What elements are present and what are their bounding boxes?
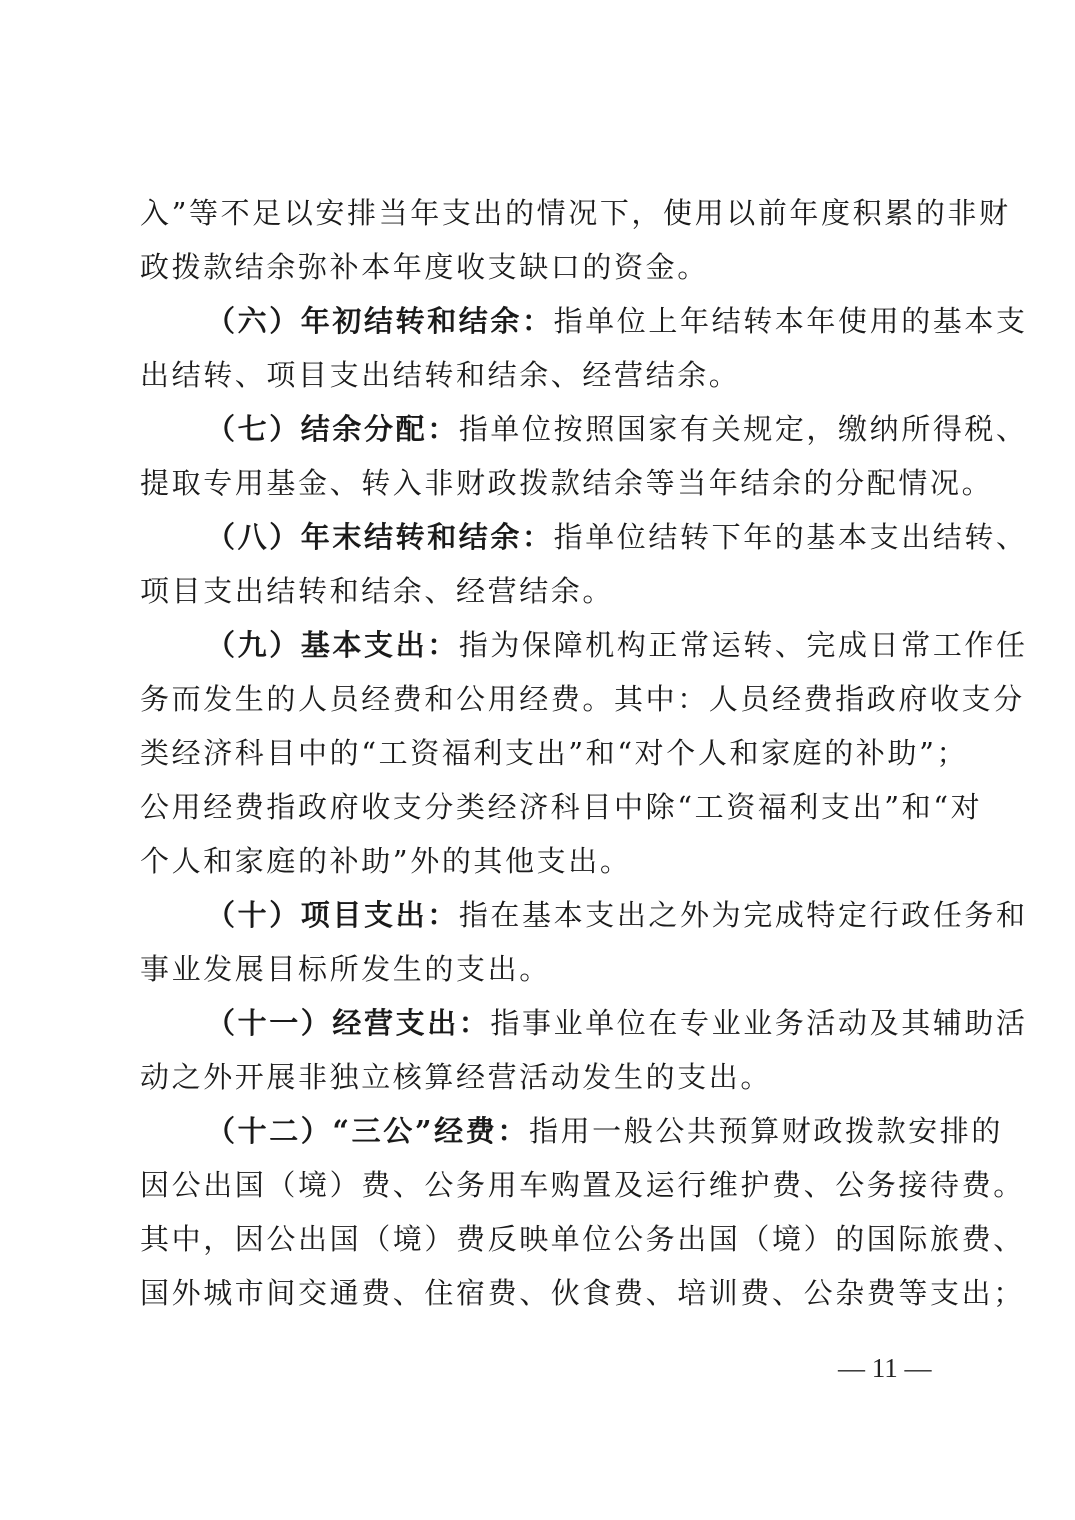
definition-text: 指为保障机构正常运转、完成日常工作任 <box>459 628 1028 662</box>
text-line: 提取专用基金、转入非财政拨款结余等当年结余的分配情况。 <box>140 456 940 510</box>
term-heading: （七）结余分配： <box>206 412 459 446</box>
definition-text: 指在基本支出之外为完成特定行政任务和 <box>459 898 1028 932</box>
text-line: （十一）经营支出：指事业单位在专业业务活动及其辅助活 <box>140 996 940 1050</box>
text-line: 动之外开展非独立核算经营活动发生的支出。 <box>140 1050 940 1104</box>
definition-text: 指单位结转下年的基本支出结转、 <box>554 520 1028 554</box>
text-line: （八）年末结转和结余：指单位结转下年的基本支出结转、 <box>140 510 940 564</box>
text-line: 务而发生的人员经费和公用经费。其中：人员经费指政府收支分 <box>140 672 940 726</box>
text-line: （十）项目支出：指在基本支出之外为完成特定行政任务和 <box>140 888 940 942</box>
paragraph-item-12: （十二）“三公”经费：指用一般公共预算财政拨款安排的 因公出国（境）费、公务用车… <box>140 1104 940 1320</box>
paragraph-item-6: （六）年初结转和结余：指单位上年结转本年使用的基本支 出结转、项目支出结转和结余… <box>140 294 940 402</box>
term-heading: （十）项目支出： <box>206 898 459 932</box>
text-line: 国外城市间交通费、住宿费、伙食费、培训费、公杂费等支出； <box>140 1266 940 1320</box>
text-line: （七）结余分配：指单位按照国家有关规定，缴纳所得税、 <box>140 402 940 456</box>
definition-text: 指用一般公共预算财政拨款安排的 <box>529 1114 1003 1148</box>
paragraph-item-9: （九）基本支出：指为保障机构正常运转、完成日常工作任 务而发生的人员经费和公用经… <box>140 618 940 888</box>
definition-text: 指单位上年结转本年使用的基本支 <box>554 304 1028 338</box>
page-number: — 11 — <box>838 1350 948 1386</box>
paragraph-item-10: （十）项目支出：指在基本支出之外为完成特定行政任务和 事业发展目标所发生的支出。 <box>140 888 940 996</box>
text-line: 项目支出结转和结余、经营结余。 <box>140 564 940 618</box>
term-heading: （八）年末结转和结余： <box>206 520 554 554</box>
text-line: 个人和家庭的补助”外的其他支出。 <box>140 834 940 888</box>
text-line: （六）年初结转和结余：指单位上年结转本年使用的基本支 <box>140 294 940 348</box>
text-line: 入”等不足以安排当年支出的情况下，使用以前年度积累的非财 <box>140 186 940 240</box>
term-heading: （十一）经营支出： <box>206 1006 490 1040</box>
text-line: 公用经费指政府收支分类经济科目中除“工资福利支出”和“对 <box>140 780 940 834</box>
text-line: 政拨款结余弥补本年度收支缺口的资金。 <box>140 240 940 294</box>
text-line: 因公出国（境）费、公务用车购置及运行维护费、公务接待费。 <box>140 1158 940 1212</box>
text-line: 其中，因公出国（境）费反映单位公务出国（境）的国际旅费、 <box>140 1212 940 1266</box>
paragraph-continuation: 入”等不足以安排当年支出的情况下，使用以前年度积累的非财 政拨款结余弥补本年度收… <box>140 186 940 294</box>
text-line: 类经济科目中的“工资福利支出”和“对个人和家庭的补助”； <box>140 726 940 780</box>
document-body: 入”等不足以安排当年支出的情况下，使用以前年度积累的非财 政拨款结余弥补本年度收… <box>140 186 940 1320</box>
text-line: （十二）“三公”经费：指用一般公共预算财政拨款安排的 <box>140 1104 940 1158</box>
definition-text: 指事业单位在专业业务活动及其辅助活 <box>490 1006 1027 1040</box>
term-heading: （六）年初结转和结余： <box>206 304 554 338</box>
term-heading: （十二）“三公”经费： <box>206 1114 529 1148</box>
definition-text: 指单位按照国家有关规定，缴纳所得税、 <box>459 412 1028 446</box>
text-line: 出结转、项目支出结转和结余、经营结余。 <box>140 348 940 402</box>
paragraph-item-7: （七）结余分配：指单位按照国家有关规定，缴纳所得税、 提取专用基金、转入非财政拨… <box>140 402 940 510</box>
text-line: 事业发展目标所发生的支出。 <box>140 942 940 996</box>
paragraph-item-11: （十一）经营支出：指事业单位在专业业务活动及其辅助活 动之外开展非独立核算经营活… <box>140 996 940 1104</box>
text-line: （九）基本支出：指为保障机构正常运转、完成日常工作任 <box>140 618 940 672</box>
paragraph-item-8: （八）年末结转和结余：指单位结转下年的基本支出结转、 项目支出结转和结余、经营结… <box>140 510 940 618</box>
term-heading: （九）基本支出： <box>206 628 459 662</box>
